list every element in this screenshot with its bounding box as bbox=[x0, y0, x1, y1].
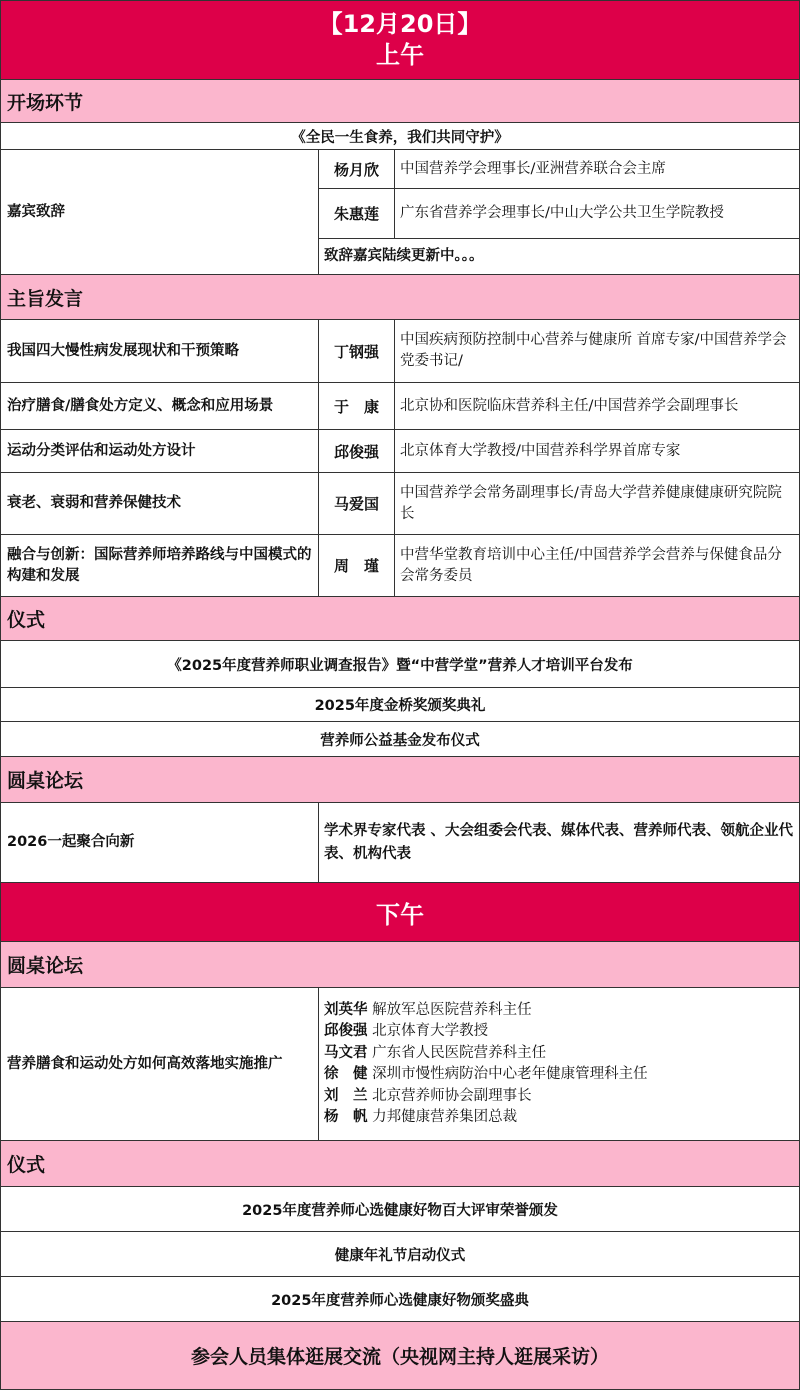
guest-speech-block: 嘉宾致辞 杨月欣 中国营养学会理事长/亚洲营养联合会主席 朱惠莲 广东省营养学会… bbox=[0, 150, 800, 275]
ceremony-item-label: 2025年度金桥奖颁奖典礼 bbox=[315, 694, 486, 715]
roundtable-topic: 2026一起聚合向新 bbox=[1, 803, 319, 882]
section-title: 仪式 bbox=[7, 1150, 45, 1177]
panelist: 杨 帆 力邦健康营养集团总裁 bbox=[324, 1107, 648, 1129]
section-title: 主旨发言 bbox=[7, 284, 83, 311]
ceremony-item-label: 2025年度营养师心选健康好物颁奖盛典 bbox=[271, 1289, 529, 1310]
panelist-name: 杨 帆 bbox=[324, 1109, 368, 1125]
talk-speaker-role: 中营华堂教育培训中心主任/中国营养学会营养与保健食品分会常务委员 bbox=[395, 535, 799, 596]
roundtable-participants: 学术界专家代表 、大会组委会代表、媒体代表、营养师代表、领航企业代表、机构代表 bbox=[319, 803, 799, 882]
talk-speaker-role: 北京协和医院临床营养科主任/中国营养学会副理事长 bbox=[395, 383, 799, 429]
talk-speaker-role: 北京体育大学教授/中国营养科学界首席专家 bbox=[395, 430, 799, 472]
panelist-name: 徐 健 bbox=[324, 1066, 368, 1082]
talk-speaker: 马爱国 bbox=[319, 473, 395, 534]
ceremony-item-label: 营养师公益基金发布仪式 bbox=[320, 729, 480, 750]
section-title: 仪式 bbox=[7, 605, 45, 632]
panel-row: 营养膳食和运动处方如何高效落地实施推广 刘英华 解放军总医院营养科主任 邱俊强 … bbox=[0, 988, 800, 1141]
closing-row: 参会人员集体逛展交流（央视网主持人逛展采访） bbox=[0, 1322, 800, 1390]
talk-speaker-role: 中国疾病预防控制中心营养与健康所 首席专家/中国营养学会 党委书记/ bbox=[395, 320, 799, 382]
ceremony-item: 营养师公益基金发布仪式 bbox=[0, 722, 800, 757]
section-title: 圆桌论坛 bbox=[7, 951, 83, 978]
ceremony-item-label: 《2025年度营养师职业调查报告》暨“中营学堂”营养人才培训平台发布 bbox=[167, 654, 632, 675]
panelist-role: 广东省人民医院营养科主任 bbox=[372, 1045, 546, 1061]
panelist: 邱俊强 北京体育大学教授 bbox=[324, 1021, 648, 1043]
morning-header: 【12月20日】 上午 bbox=[0, 0, 800, 80]
period-title: 上午 bbox=[1, 39, 799, 71]
talk-topic: 衰老、衰弱和营养保健技术 bbox=[1, 473, 319, 534]
section-ceremony: 仪式 bbox=[0, 597, 800, 641]
ceremony-item: 《2025年度营养师职业调查报告》暨“中营学堂”营养人才培训平台发布 bbox=[0, 641, 800, 688]
talk-speaker: 丁钢强 bbox=[319, 320, 395, 382]
ceremony-item: 2025年度营养师心选健康好物颁奖盛典 bbox=[0, 1277, 800, 1322]
opening-title-row: 《全民一生食养，我们共同守护》 bbox=[0, 123, 800, 150]
date-title: 【12月20日】 bbox=[1, 1, 799, 39]
section-opening: 开场环节 bbox=[0, 80, 800, 123]
talk-row: 融合与创新：国际营养师培养路线与中国模式的构建和发展 周 瑾 中营华堂教育培训中… bbox=[0, 535, 800, 597]
panelist-name: 邱俊强 bbox=[324, 1023, 368, 1039]
ceremony-item: 健康年礼节启动仪式 bbox=[0, 1232, 800, 1277]
talk-speaker: 于 康 bbox=[319, 383, 395, 429]
talk-topic: 运动分类评估和运动处方设计 bbox=[1, 430, 319, 472]
panelist-role: 解放军总医院营养科主任 bbox=[372, 1002, 532, 1018]
panelist: 徐 健 深圳市慢性病防治中心老年健康管理科主任 bbox=[324, 1064, 648, 1086]
roundtable-row: 2026一起聚合向新 学术界专家代表 、大会组委会代表、媒体代表、营养师代表、领… bbox=[0, 803, 800, 883]
section-keynote: 主旨发言 bbox=[0, 275, 800, 320]
panelist: 刘英华 解放军总医院营养科主任 bbox=[324, 1000, 648, 1022]
ceremony-item: 2025年度金桥奖颁奖典礼 bbox=[0, 688, 800, 722]
talk-topic: 治疗膳食/膳食处方定义、概念和应用场景 bbox=[1, 383, 319, 429]
panelist-list: 刘英华 解放军总医院营养科主任 邱俊强 北京体育大学教授 马文君 广东省人民医院… bbox=[319, 988, 799, 1140]
closing-text: 参会人员集体逛展交流（央视网主持人逛展采访） bbox=[191, 1342, 609, 1369]
talk-row: 我国四大慢性病发展现状和干预策略 丁钢强 中国疾病预防控制中心营养与健康所 首席… bbox=[0, 320, 800, 383]
section-title: 圆桌论坛 bbox=[7, 766, 83, 793]
panelist: 刘 兰 北京营养师协会副理事长 bbox=[324, 1086, 648, 1108]
panelist-role: 北京体育大学教授 bbox=[372, 1023, 488, 1039]
guest-role: 广东省营养学会理事长/中山大学公共卫生学院教授 bbox=[395, 188, 799, 238]
guest-note: 致辞嘉宾陆续更新中。。。 bbox=[319, 238, 799, 274]
talk-row: 治疗膳食/膳食处方定义、概念和应用场景 于 康 北京协和医院临床营养科主任/中国… bbox=[0, 383, 800, 430]
ceremony-item: 2025年度营养师心选健康好物百大评审荣誉颁发 bbox=[0, 1187, 800, 1232]
talk-speaker: 邱俊强 bbox=[319, 430, 395, 472]
panelist-role: 深圳市慢性病防治中心老年健康管理科主任 bbox=[372, 1066, 648, 1082]
talk-speaker-role: 中国营养学会常务副理事长/青岛大学营养健康健康研究院院长 bbox=[395, 473, 799, 534]
guest-name: 朱惠莲 bbox=[319, 188, 395, 238]
talk-speaker: 周 瑾 bbox=[319, 535, 395, 596]
ceremony-item-label: 2025年度营养师心选健康好物百大评审荣誉颁发 bbox=[242, 1199, 558, 1220]
guest-name: 杨月欣 bbox=[319, 150, 395, 188]
section-roundtable: 圆桌论坛 bbox=[0, 942, 800, 988]
guest-speech-label: 嘉宾致辞 bbox=[1, 150, 319, 274]
section-roundtable: 圆桌论坛 bbox=[0, 757, 800, 803]
afternoon-header: 下午 bbox=[0, 883, 800, 942]
ceremony-item-label: 健康年礼节启动仪式 bbox=[335, 1244, 466, 1265]
talk-row: 运动分类评估和运动处方设计 邱俊强 北京体育大学教授/中国营养科学界首席专家 bbox=[0, 430, 800, 473]
panelist-role: 北京营养师协会副理事长 bbox=[372, 1088, 532, 1104]
period-title: 下午 bbox=[376, 895, 424, 930]
talk-topic: 融合与创新：国际营养师培养路线与中国模式的构建和发展 bbox=[1, 535, 319, 596]
panelist: 马文君 广东省人民医院营养科主任 bbox=[324, 1043, 648, 1065]
panelist-name: 刘英华 bbox=[324, 1002, 368, 1018]
section-title: 开场环节 bbox=[7, 88, 83, 115]
opening-title: 《全民一生食养，我们共同守护》 bbox=[291, 126, 509, 147]
talk-row: 衰老、衰弱和营养保健技术 马爱国 中国营养学会常务副理事长/青岛大学营养健康健康… bbox=[0, 473, 800, 535]
panel-topic: 营养膳食和运动处方如何高效落地实施推广 bbox=[1, 988, 319, 1140]
panelist-name: 刘 兰 bbox=[324, 1088, 368, 1104]
section-ceremony: 仪式 bbox=[0, 1141, 800, 1187]
panelist-name: 马文君 bbox=[324, 1045, 368, 1061]
guest-role: 中国营养学会理事长/亚洲营养联合会主席 bbox=[395, 150, 799, 188]
panelist-role: 力邦健康营养集团总裁 bbox=[372, 1109, 517, 1125]
talk-topic: 我国四大慢性病发展现状和干预策略 bbox=[1, 320, 319, 382]
